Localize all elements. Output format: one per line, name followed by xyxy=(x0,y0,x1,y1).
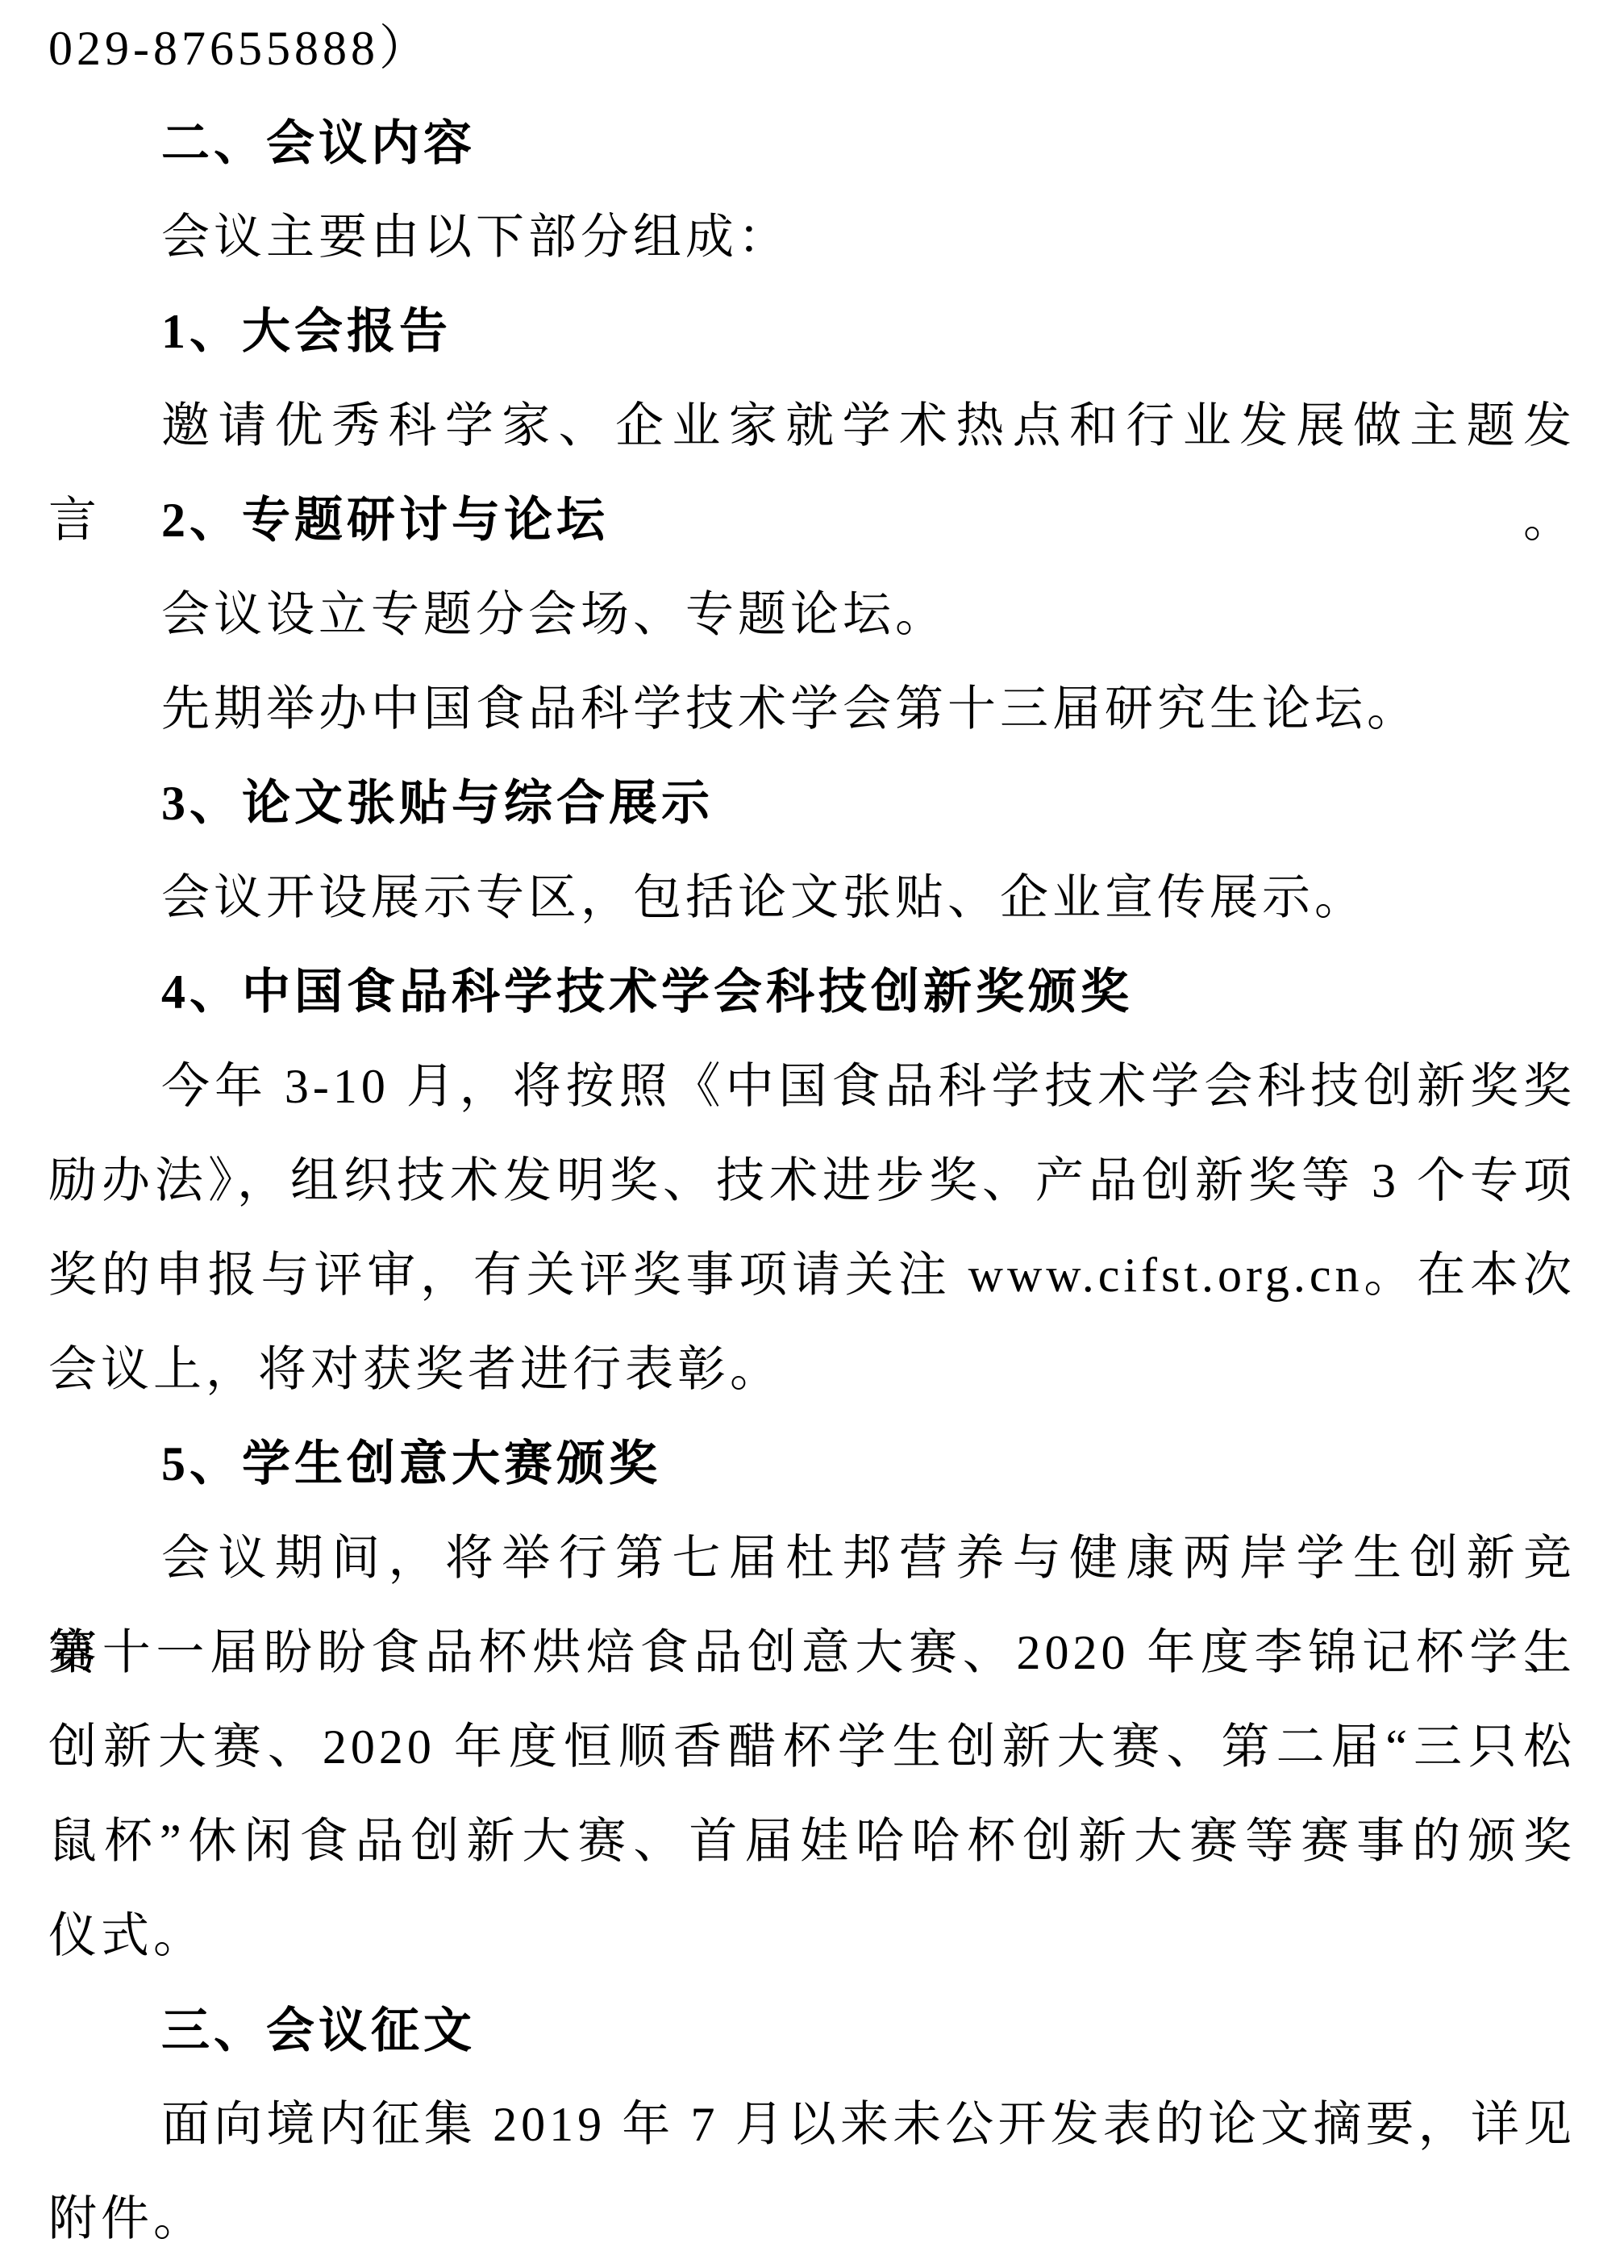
intro-line: 会议主要由以下部分组成： xyxy=(48,190,1576,285)
subheading-4: 4、中国食品科学技术学会科技创新奖颁奖 xyxy=(48,945,1576,1040)
body-line-contest-3: 创新大赛、2020 年度恒顺香醋杯学生创新大赛、第二届“三只松 xyxy=(48,1700,1576,1795)
phone-number-line: 029-87655888） xyxy=(48,2,1576,96)
body-line-graduate-forum: 先期举办中国食品科学技术学会第十三届研究生论坛。 xyxy=(48,662,1576,757)
section-3-heading: 三、会议征文 xyxy=(48,1983,1576,2078)
body-line-contest-5: 仪式。 xyxy=(48,1889,1576,1983)
body-line-exhibition: 会议开设展示专区，包括论文张贴、企业宣传展示。 xyxy=(48,851,1576,945)
subheading-3: 3、论文张贴与综合展示 xyxy=(48,757,1576,851)
subheading-1: 1、大会报告 xyxy=(48,285,1576,379)
subheading-5: 5、学生创意大赛颁奖 xyxy=(48,1417,1576,1511)
body-line-contest-4: 鼠杯”休闲食品创新大赛、首届娃哈哈杯创新大赛等赛事的颁奖 xyxy=(48,1795,1576,1889)
body-line-award-2: 励办法》，组织技术发明奖、技术进步奖、产品创新奖等 3 个专项 xyxy=(48,1134,1576,1228)
body-line-award-3: 奖的申报与评审，有关评奖事项请关注 www.cifst.org.cn。在本次 xyxy=(48,1228,1576,1323)
body-line-contest-1: 会议期间，将举行第七届杜邦营养与健康两岸学生创新竞赛、 xyxy=(48,1511,1576,1606)
body-line-sessions: 会议设立专题分会场、专题论坛。 xyxy=(48,568,1576,662)
body-line-report: 邀请优秀科学家、企业家就学术热点和行业发展做主题发言。 xyxy=(48,379,1576,473)
body-line-papers-2: 附件。 xyxy=(48,2172,1576,2266)
body-line-papers-1: 面向境内征集 2019 年 7 月以来未公开发表的论文摘要，详见 xyxy=(48,2078,1576,2172)
body-line-award-4: 会议上，将对获奖者进行表彰。 xyxy=(48,1323,1576,1417)
document-page: 029-87655888） 二、会议内容 会议主要由以下部分组成： 1、大会报告… xyxy=(0,0,1624,2268)
section-2-heading: 二、会议内容 xyxy=(48,96,1576,190)
body-line-contest-2: 第十一届盼盼食品杯烘焙食品创意大赛、2020 年度李锦记杯学生 xyxy=(48,1606,1576,1700)
body-line-award-1: 今年 3-10 月，将按照《中国食品科学技术学会科技创新奖奖 xyxy=(48,1040,1576,1134)
